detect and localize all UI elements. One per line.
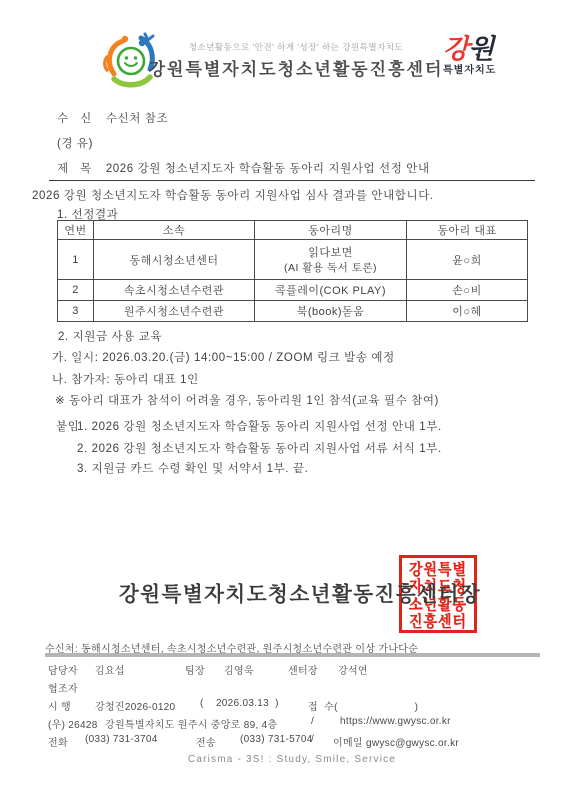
website-url: https://www.gwysc.or.kr: [340, 716, 451, 727]
cell-club: 북(book)돋움: [255, 301, 407, 322]
table-row: 1 동해시청소년센터 읽다보면(AI 활용 독서 토론) 윤○희: [58, 240, 528, 280]
execution-date: ( 2026.03.13 ): [200, 698, 279, 709]
gangwon-logo-subtitle: 특별자치도: [443, 66, 533, 76]
zip-code: (우) 26428: [48, 716, 98, 731]
gangwon-logo-char-dark: 원: [468, 34, 493, 64]
section2-note: ※ 동아리 대표가 참석이 어려울 경우, 동아리원 1인 참석(교육 필수 참…: [55, 392, 439, 408]
footer-address-row: (우) 26428 강원특별자치도 원주시 중앙로 89, 4층 / https…: [0, 716, 584, 730]
stamp-row-1: 강원특별: [409, 560, 467, 578]
gangwon-logo-wordmark: 강원: [443, 36, 533, 63]
email-address: 이메일 gwysc@gwysc.or.kr: [333, 734, 459, 749]
via-line: (경 유): [57, 135, 93, 151]
cell-leader: 손○비: [407, 280, 528, 301]
staff-role: 센터장: [288, 662, 318, 677]
subject-label: 제 목: [57, 163, 92, 175]
recipient-label: 수 신: [57, 113, 92, 125]
cell-leader: 윤○희: [407, 240, 528, 280]
subject-value: 2026 강원 청소년지도자 학습활동 동아리 지원사업 선정 안내: [106, 163, 430, 175]
footer-execution-row: 시 행 강청진2026-0120 ( 2026.03.13 ) 접 수( ): [0, 698, 584, 712]
gangwon-logo-char-red: 강: [443, 34, 468, 64]
phone-number: (033) 731-3704: [85, 734, 158, 745]
staff-name: 김요섭: [95, 662, 125, 677]
footer-staff-row: 담당자 김요섭 팀장 김영욱 센터장 강석연: [0, 662, 584, 676]
fax-number: (033) 731-5704: [240, 734, 313, 745]
recipient-value: 수신처 참조: [106, 113, 168, 125]
footer-contact-row: 전화 (033) 731-3704 전송 (033) 731-5704 / 이메…: [0, 734, 584, 748]
cell-org: 동해시청소년센터: [94, 240, 255, 280]
attachment-item-3: 3. 지원금 카드 수령 확인 및 서약서 1부. 끝.: [77, 460, 308, 476]
attachment-label: 붙임: [56, 418, 79, 434]
table-row: 3 원주시청소년수련관 북(book)돋움 이○혜: [58, 301, 528, 322]
receipt-field: 접 수( ): [308, 698, 418, 713]
cell-no: 3: [58, 301, 94, 322]
stamp-row-4: 진흥센터: [409, 612, 467, 630]
cell-no: 1: [58, 240, 94, 280]
recipient-line: 수 신수신처 참조: [57, 110, 168, 126]
club-subtitle: (AI 활용 독서 토론): [257, 260, 404, 275]
footer-slogan: Carisma - 3S! : Study, Smile, Service: [0, 754, 584, 765]
cooperator-label: 협조자: [48, 680, 78, 695]
table-row: 2 속초시청소년수련관 콕플레이(COK PLAY) 손○비: [58, 280, 528, 301]
official-document-page: 청소년활동으로 '안전' 하게 '성장' 하는 강원특별자치도 강원특별자치도청…: [0, 0, 584, 796]
execution-label: 시 행: [48, 698, 71, 713]
table-header-row: 연번 소속 동아리명 동아리 대표: [58, 221, 528, 240]
col-header-org: 소속: [94, 221, 255, 240]
section2-title: 2. 지원금 사용 교육: [58, 328, 162, 344]
cell-org: 원주시청소년수련관: [94, 301, 255, 322]
cell-org: 속초시청소년수련관: [94, 280, 255, 301]
selection-result-table: 연번 소속 동아리명 동아리 대표 1 동해시청소년센터 읽다보면(AI 활용 …: [57, 220, 528, 322]
col-header-club: 동아리명: [255, 221, 407, 240]
subject-line: 제 목2026 강원 청소년지도자 학습활동 동아리 지원사업 선정 안내: [57, 160, 430, 176]
phone-label: 전화: [48, 734, 68, 749]
footer-divider: [45, 653, 540, 657]
cell-leader: 이○혜: [407, 301, 528, 322]
gangwon-province-logo: 강원 특별자치도: [443, 36, 533, 76]
cell-club: 읽다보면(AI 활용 독서 토론): [255, 240, 407, 280]
col-header-no: 연번: [58, 221, 94, 240]
staff-role: 팀장: [185, 662, 205, 677]
col-header-leader: 동아리 대표: [407, 221, 528, 240]
club-name: 읽다보면: [308, 247, 353, 259]
staff-name: 강석연: [338, 662, 368, 677]
subject-divider: [49, 180, 535, 181]
attachment-item-1: 1. 2026 강원 청소년지도자 학습활동 동아리 지원사업 선정 안내 1부…: [77, 418, 442, 434]
document-number: 강청진2026-0120: [95, 698, 175, 713]
cell-no: 2: [58, 280, 94, 301]
address-text: 강원특별자치도 원주시 중앙로 89, 4층: [105, 716, 277, 731]
intro-paragraph: 2026 강원 청소년지도자 학습활동 동아리 지원사업 심사 결과를 안내합니…: [32, 187, 434, 203]
cell-club: 콕플레이(COK PLAY): [255, 280, 407, 301]
signer-title: 강원특별자치도청소년활동진흥센터장: [16, 577, 584, 607]
section2-item-date: 가. 일시: 2026.03.20.(금) 14:00~15:00 / ZOOM…: [52, 349, 395, 365]
footer-cooperator-row: 협조자: [0, 680, 584, 694]
separator-slash: /: [311, 734, 314, 745]
section2-item-participants: 나. 참가자: 동아리 대표 1인: [52, 371, 199, 387]
attachment-item-2: 2. 2026 강원 청소년지도자 학습활동 동아리 지원사업 서류 서식 1부…: [77, 440, 442, 456]
staff-name: 김영욱: [224, 662, 254, 677]
separator-slash: /: [311, 716, 314, 727]
fax-label: 전송: [196, 734, 216, 749]
staff-role: 담당자: [48, 662, 78, 677]
